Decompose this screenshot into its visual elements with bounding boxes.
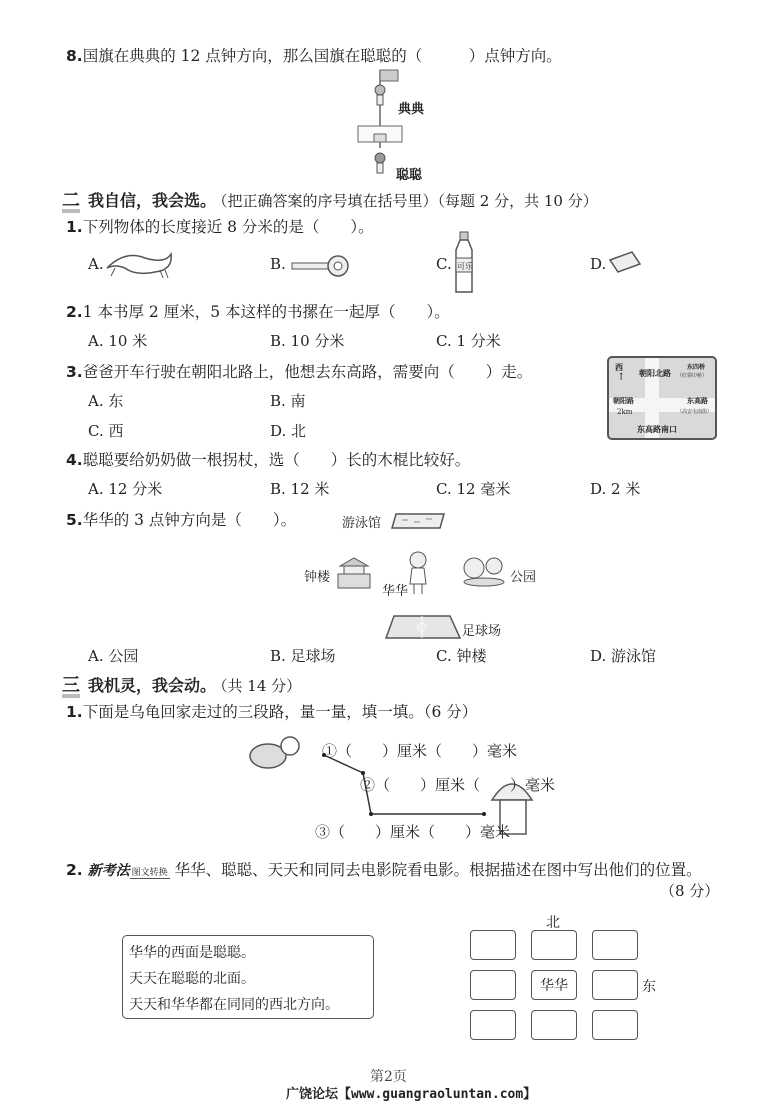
section-3-header: 三我机灵，我会动。（共 14 分） (62, 673, 301, 698)
flag-ceremony-illustration (350, 68, 410, 178)
grid-cell-e[interactable] (592, 970, 638, 1000)
option-d[interactable]: D. (590, 255, 606, 273)
eraser-icon (608, 250, 642, 274)
section-badge: 三 (62, 678, 80, 698)
label-north: 北 (546, 912, 560, 932)
option-b[interactable]: B. 南 (270, 390, 306, 411)
clue-2: 天天在聪聪的北面。 (129, 968, 255, 988)
option-c[interactable]: C. 12 毫米 (436, 478, 510, 499)
option-c[interactable]: C. 1 分米 (436, 330, 501, 351)
option-b[interactable]: B. 足球场 (270, 645, 336, 666)
clue-3: 天天和华华都在同同的西北方向。 (129, 994, 339, 1014)
grid-cell-sw[interactable] (470, 1010, 516, 1040)
grid-cell-s[interactable] (531, 1010, 577, 1040)
question-8: 8.国旗在典典的 12 点钟方向，那么国旗在聪聪的（ ）点钟方向。 (66, 44, 562, 66)
bottle-label: 可乐 (457, 261, 473, 272)
option-a[interactable]: A. 12 分米 (88, 478, 162, 499)
label-tower: 钟楼 (304, 566, 330, 585)
question-2-2: 2.1 本书厚 2 厘米，5 本这样的书摞在一起厚（ ）。 (66, 300, 450, 322)
park-trees-icon (462, 556, 508, 586)
grid-cell-se[interactable] (592, 1010, 638, 1040)
north-arrow-icon: ↑ (617, 372, 625, 383)
clue-1: 华华的西面是聪聪。 (129, 942, 255, 962)
section-2-header: 二我自信，我会选。（把正确答案的序号填在括号里）（每题 2 分，共 10 分） (62, 188, 598, 213)
clues-box: 华华的西面是聪聪。 天天在聪聪的北面。 天天和华华都在同同的西北方向。 (122, 935, 374, 1019)
label-east: 东 (642, 976, 656, 996)
option-d[interactable]: D. 2 米 (590, 478, 640, 499)
grid-cell-center: 华华 (531, 970, 577, 1000)
swimming-pool-icon (390, 510, 446, 532)
option-a[interactable]: A. 公园 (88, 645, 138, 666)
grid-cell-w[interactable] (470, 970, 516, 1000)
bell-tower-icon (336, 556, 372, 590)
option-b[interactable]: B. (270, 255, 286, 273)
option-a[interactable]: A. 东 (88, 390, 123, 411)
segment-3-blank[interactable]: ③（ ）厘米（ ）毫米 (315, 821, 510, 842)
grid-cell-ne[interactable] (592, 930, 638, 960)
label-field: 足球场 (462, 620, 501, 639)
segment-2-blank[interactable]: ②（ ）厘米（ ）毫米 (360, 774, 555, 795)
option-d[interactable]: D. 游泳馆 (590, 645, 656, 666)
scarf-icon (105, 250, 175, 280)
section-note: （共 14 分） (220, 677, 301, 695)
label-diandian: 典典 (398, 98, 424, 117)
grid-cell-nw[interactable] (470, 930, 516, 960)
question-3-1: 1.下面是乌龟回家走过的三段路，量一量，填一填。（6 分） (66, 700, 477, 722)
option-b[interactable]: B. 12 米 (270, 478, 329, 499)
question-2-4: 4.聪聪要给奶奶做一根拐杖，选（ ）长的木棍比较好。 (66, 448, 470, 470)
label-huahua: 华华 (382, 580, 408, 599)
label-park: 公园 (510, 566, 536, 585)
segment-1-blank[interactable]: ①（ ）厘米（ ）毫米 (322, 740, 517, 761)
option-a[interactable]: A. 10 米 (88, 330, 147, 351)
question-score: （8 分） (660, 880, 719, 901)
option-b[interactable]: B. 10 分米 (270, 330, 344, 351)
grid-cell-n[interactable] (531, 930, 577, 960)
section-title: 我自信，我会选。 (88, 191, 216, 210)
option-c[interactable]: C. (436, 255, 452, 273)
site-footer: 广饶论坛【www.guangraoluntan.com】 (286, 1083, 536, 1102)
road-map: 西 ↑ 朝阳北路 东四桥 （红领巾桥） 朝阳路 2km 东高路 （高安屯南街） … (607, 356, 717, 440)
section-note: （把正确答案的序号填在括号里）（每题 2 分，共 10 分） (220, 192, 598, 210)
section-badge: 二 (62, 193, 80, 213)
football-field-icon (384, 614, 462, 640)
question-2-5: 5.华华的 3 点钟方向是（ ）。 (66, 508, 296, 530)
option-a[interactable]: A. (88, 255, 104, 273)
option-c[interactable]: C. 钟楼 (436, 645, 486, 666)
question-3-2: 2. 新考法图文转换 华华、聪聪、天天和同同去电影院看电影。根据描述在图中写出他… (66, 858, 702, 880)
section-title: 我机灵，我会动。 (88, 676, 216, 695)
option-d[interactable]: D. 北 (270, 420, 306, 441)
label-congcong: 聪聪 (396, 164, 422, 183)
label-pool: 游泳馆 (342, 512, 381, 531)
question-2-3: 3.爸爸开车行驶在朝阳北路上，他想去东高路，需要向（ ）走。 (66, 360, 532, 382)
new-method-tag: 新考法图文转换 (88, 860, 170, 880)
question-2-1: 1.下列物体的长度接近 8 分米的是（ ）。 (66, 215, 374, 237)
key-icon (290, 254, 352, 278)
option-c[interactable]: C. 西 (88, 420, 123, 441)
question-8-text: 国旗在典典的 12 点钟方向，那么国旗在聪聪的（ ）点钟方向。 (83, 47, 562, 65)
